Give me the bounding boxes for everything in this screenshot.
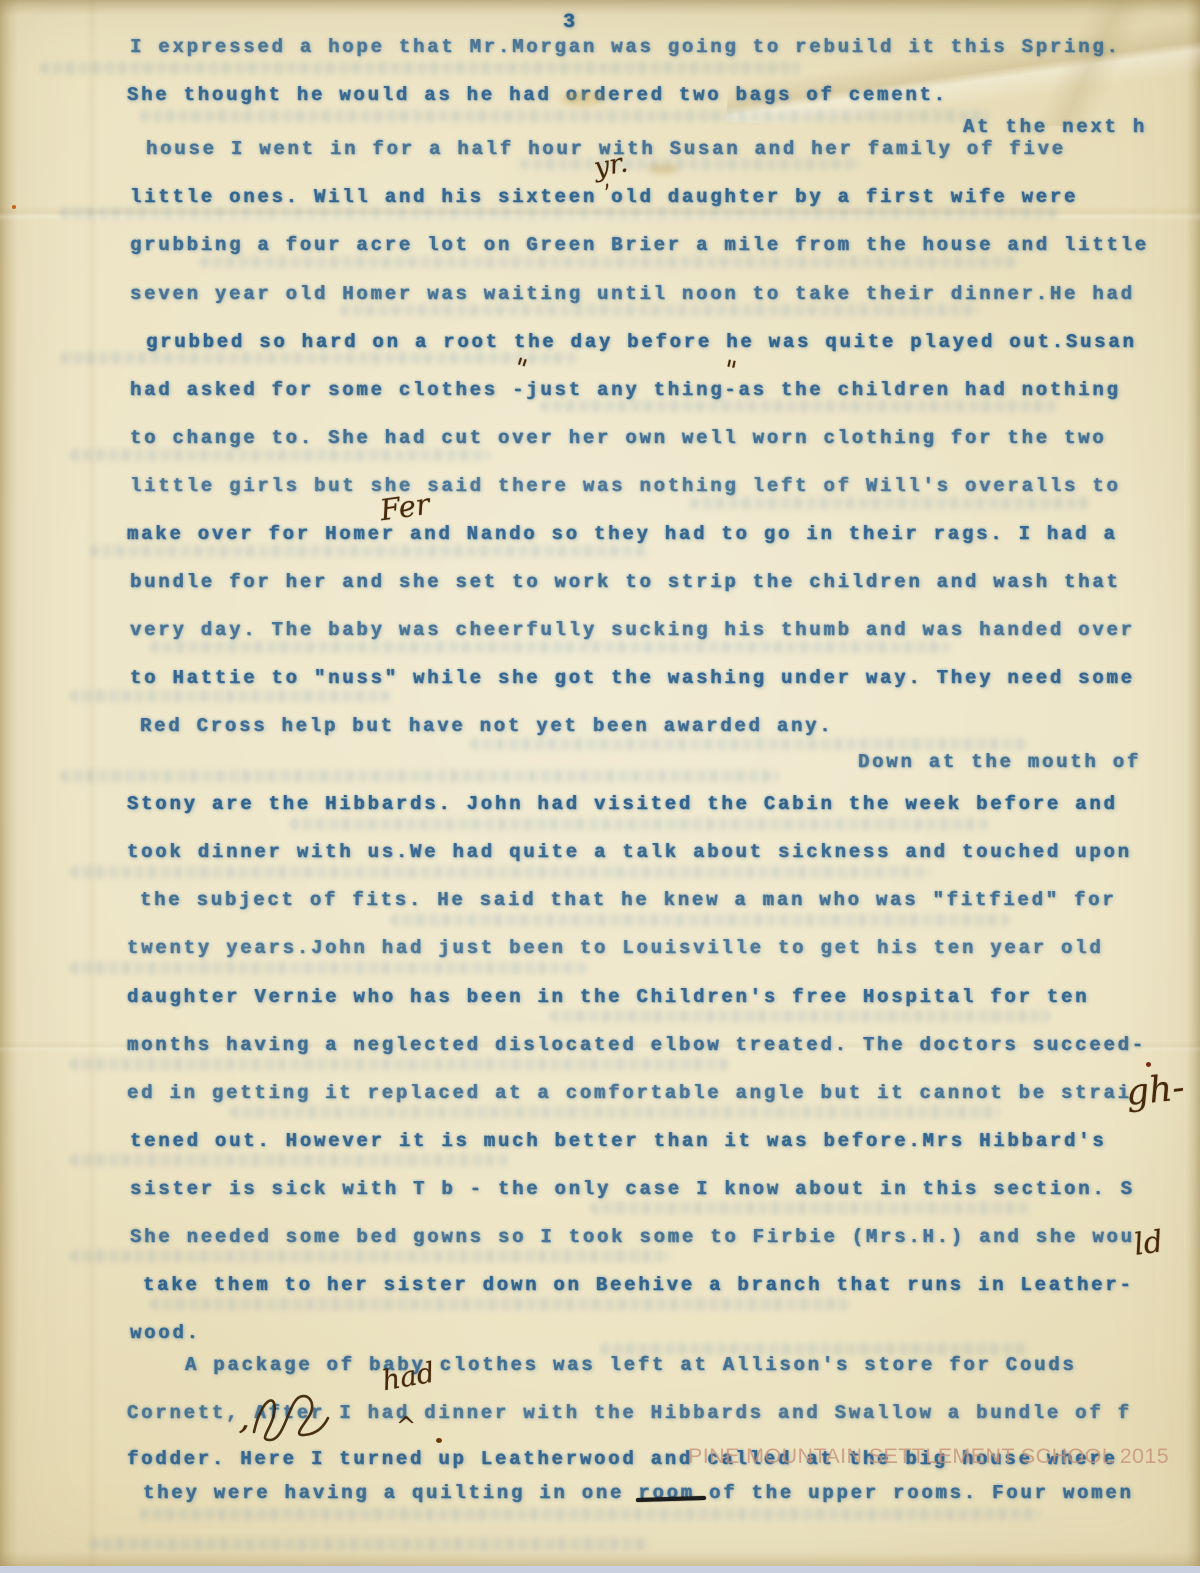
typed-line: bundle for her and she set to work to st… (130, 571, 1121, 593)
typed-line: grubbed so hard on a root the day before… (146, 331, 1137, 353)
typed-line: tened out. However it is much better tha… (130, 1130, 1106, 1152)
paper-stain (1146, 1062, 1151, 1067)
ink-bleedthrough-streak (90, 545, 650, 557)
ink-bleedthrough-streak (140, 110, 990, 122)
ink-bleedthrough-streak (90, 1538, 650, 1550)
ink-bleedthrough-streak (590, 1202, 1030, 1214)
typed-line: twenty years.John had just been to Louis… (127, 937, 1103, 959)
typed-line: I expressed a hope that Mr.Morgan was go… (130, 36, 1121, 58)
ink-bleedthrough-streak (550, 1010, 1050, 1022)
page-number: 3 (563, 12, 578, 34)
handwritten-annotation: gh- (1124, 1067, 1186, 1114)
ink-bleedthrough-streak (390, 914, 1010, 926)
ink-bleedthrough-streak (70, 866, 930, 878)
typed-line: wood. (130, 1322, 201, 1344)
handwritten-annotation: ld (1132, 1224, 1165, 1263)
typed-line: sister is sick with T b - the only case … (130, 1178, 1135, 1200)
letter-page: 3 I expressed a hope that Mr.Morgan was … (0, 0, 1200, 1573)
ink-bleedthrough-streak (690, 497, 1090, 509)
ink-bleedthrough-streak (70, 962, 590, 974)
paper-edge-bottom (0, 1552, 1200, 1566)
handwritten-annotation: ^ (396, 1412, 416, 1440)
ink-bleedthrough-streak (290, 818, 990, 830)
ink-bleedthrough-streak (150, 1298, 850, 1310)
typed-line: Red Cross help but have not yet been awa… (140, 715, 833, 737)
ink-bleedthrough-streak (70, 1154, 510, 1166)
typed-line: daughter Vernie who has been in the Chil… (127, 986, 1089, 1008)
typed-line: to Hattie to "nuss" while she got the wa… (130, 667, 1135, 689)
typed-line: Down at the mouth of (858, 751, 1141, 773)
typed-line: At the next h (963, 116, 1147, 138)
ink-bleedthrough-streak (70, 1250, 670, 1262)
handwritten-annotation: Fer (378, 487, 432, 528)
ink-bleedthrough-streak (140, 1508, 1040, 1520)
ink-bleedthrough-streak (200, 256, 1020, 268)
typed-line: A package of baby clothes was left at Al… (185, 1354, 1077, 1376)
typed-line: took dinner with us.We had quite a talk … (127, 841, 1132, 863)
ink-bleedthrough-streak (470, 738, 1030, 750)
ink-bleedthrough-streak (150, 641, 950, 653)
ink-bleedthrough-streak (230, 1106, 1000, 1118)
ink-bleedthrough-streak (60, 770, 780, 782)
ink-bleedthrough-streak (60, 352, 580, 364)
archive-watermark: PINE MOUNTAIN SETTLEMENT SCHOOL 2015 (688, 1444, 1169, 1469)
handwritten-annotation: yr. (592, 147, 631, 183)
typed-line: had asked for some clothes -just any thi… (130, 379, 1121, 401)
typed-line: ed in getting it replaced at a comfortab… (127, 1082, 1132, 1104)
typed-line: little girls but she said there was noth… (130, 475, 1121, 497)
paper-edge-left (0, 0, 18, 1573)
typed-line: grubbing a four acre lot on Green Brier … (130, 234, 1149, 256)
ink-bleedthrough-streak (70, 449, 490, 461)
typed-line: the subject of fits. He said that he kne… (140, 889, 1116, 911)
paper-stain (648, 164, 678, 174)
paper-crease (940, 0, 1200, 126)
typed-line: to change to. She had cut over her own w… (130, 427, 1106, 449)
typed-line: take them to her sister down on Beehive … (143, 1274, 1134, 1296)
ink-bleedthrough-streak (70, 690, 390, 702)
typed-line: months having a neglected dislocated elb… (127, 1034, 1146, 1056)
paper-stain (560, 92, 604, 106)
typed-line: very day. The baby was cheerfully suckin… (130, 619, 1135, 641)
ink-bleedthrough-streak (540, 400, 1060, 412)
typed-line: make over for Homer and Nando so they ha… (127, 523, 1118, 545)
scanner-edge-strip (0, 1566, 1200, 1573)
typed-line: Stony are the Hibbards. John had visited… (127, 793, 1118, 815)
ink-bleedthrough-streak (40, 62, 800, 74)
ink-bleedthrough-streak (340, 304, 980, 316)
typed-line: She thought he would as he had ordered t… (127, 84, 948, 106)
paper-crease (86, 0, 98, 1573)
ink-bleedthrough-streak (60, 207, 1060, 219)
ink-bleedthrough-streak (70, 1058, 730, 1070)
paper-stain (436, 1438, 442, 1443)
typed-line: seven year old Homer was waiting until n… (130, 283, 1135, 305)
typed-line: She needed some bed gowns so I took some… (130, 1226, 1135, 1248)
paper-stain (12, 205, 16, 209)
ink-scribble-over-word (248, 1388, 332, 1446)
paper-edge-right (1186, 0, 1200, 1573)
